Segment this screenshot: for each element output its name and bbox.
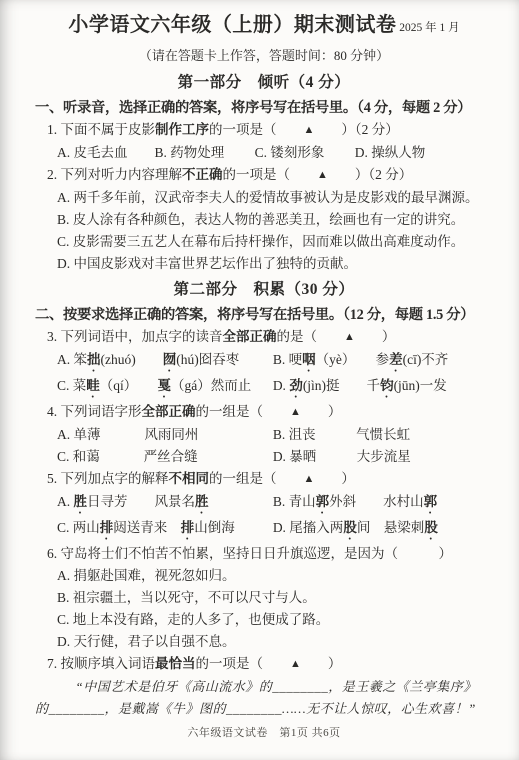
answer-marker-triangle: ▲ [304, 124, 315, 136]
question-6-option-b: B. 祖宗疆土，当以死守，不可以尺寸与人。 [35, 587, 493, 609]
question-3-options-row-1-col-2: B. 哽咽（yè） 参差(cī)不齐 [273, 349, 493, 375]
question-3-options-row-1: A. 笨拙(zhuó) 囫(hú)囵吞枣B. 哽咽（yè） 参差(cī)不齐 [35, 349, 493, 375]
exam-paper: 小学语文六年级（上册）期末测试卷 2025 年 1 月 （请在答题卡上作答，答题… [0, 0, 519, 760]
question-2-option-d: D. 中国皮影戏对丰富世界艺坛作出了独特的贡献。 [35, 253, 493, 275]
question-2: 2. 下列对听力内容理解不正确的一项是（ ▲ ）（2 分） [35, 164, 493, 187]
question-2-option-b: B. 皮人涂有各种颜色，表达人物的善恶美丑，绘画也有一定的讲究。 [35, 209, 493, 231]
paper-subtitle: （请在答题卡上作答，答题时间：80 分钟） [35, 46, 493, 66]
question-5-options-row-1-col-2: B. 青山郭外斜 水村山郭 [273, 491, 493, 517]
question-4-options-row-1-col-2: B. 沮丧 气惯长虹 [273, 424, 493, 446]
question-6-option-a: A. 捐躯赴国难，视死忽如归。 [35, 565, 493, 587]
question-7-quote-line-2: 的________，是戴嵩《牛》图的________……无不让人惊叹，心生欢喜！… [35, 698, 493, 720]
question-5-options-row-2: C. 两山排闼送青来 排山倒海D. 尾搐入两股间 悬梁刺股 [35, 517, 493, 543]
question-4-options-row-1-col-1: A. 单薄 风雨同州 [57, 424, 273, 446]
question-3-options-row-1-col-1: A. 笨拙(zhuó) 囫(hú)囵吞枣 [57, 349, 273, 375]
question-6-option-d: D. 天行健，君子以自强不息。 [35, 631, 493, 653]
question-5-options-row-2-col-2: D. 尾搐入两股间 悬梁刺股 [273, 517, 493, 543]
section-2-header: 第二部分 积累（30 分） [35, 279, 493, 301]
question-4-options-row-2-col-1: C. 和蔼 严丝合缝 [57, 446, 273, 468]
question-7-quote-line-1: “中国艺术是伯牙《高山流水》的________，是王羲之《兰亭集序》 [35, 676, 493, 698]
question-3-options-row-2-col-2: D. 劲(jìn)挺 千钧(jūn)一发 [273, 375, 493, 401]
question-5-options-row-1: A. 胜日寻芳 风景名胜B. 青山郭外斜 水村山郭 [35, 491, 493, 517]
page-footer: 六年级语文试卷 第1页 共6页 [35, 725, 493, 741]
exam-lines: 第一部分 倾听（4 分）一、听录音，选择正确的答案，将序号写在括号里。（4 分，… [35, 72, 493, 720]
section-1-header: 第一部分 倾听（4 分） [35, 72, 493, 94]
question-2-option-c: C. 皮影需要三五艺人在幕布后持杆操作，因而难以做出高难度动作。 [35, 231, 493, 253]
paper-title-text: 小学语文六年级（上册）期末测试卷 [68, 14, 396, 36]
question-4-options-row-1: A. 单薄 风雨同州B. 沮丧 气惯长虹 [35, 424, 493, 446]
question-4-options-row-2-col-2: D. 暴晒 大步流星 [273, 446, 493, 468]
answer-marker-triangle: ▲ [290, 658, 301, 670]
question-4: 4. 下列词语字形全部正确的一组是（ ▲ ） [35, 401, 493, 424]
answer-marker-triangle: ▲ [317, 169, 328, 181]
question-2-option-a: A. 两千多年前，汉武帝李夫人的爱情故事被认为是皮影戏的最早渊源。 [35, 187, 493, 209]
question-1-options: A. 皮毛去血 B. 药物处理 C. 镂刻形象 D. 操纵人物 [35, 142, 493, 164]
question-5-options-row-1-col-1: A. 胜日寻芳 风景名胜 [57, 491, 273, 517]
question-4-options-row-2: C. 和蔼 严丝合缝D. 暴晒 大步流星 [35, 446, 493, 468]
answer-marker-triangle: ▲ [290, 406, 301, 418]
paper-date: 2025 年 1 月 [396, 22, 459, 34]
question-7: 7. 按顺序填入词语最恰当的一项是（ ▲ ） [35, 653, 493, 676]
section-1-instructions: 一、听录音，选择正确的答案，将序号写在括号里。（4 分，每题 2 分） [35, 97, 493, 119]
question-6-option-c: C. 地上本没有路，走的人多了，也便成了路。 [35, 609, 493, 631]
question-6: 6. 守岛将士们不怕苦不怕累，坚持日日升旗巡逻，是因为（ ） [35, 543, 493, 565]
answer-marker-triangle: ▲ [344, 331, 355, 343]
question-3: 3. 下列词语中，加点字的读音全部正确的是（ ▲ ） [35, 326, 493, 349]
section-2-instructions: 二、按要求选择正确的答案，将序号写在括号里。（12 分，每题 1.5 分） [35, 304, 493, 326]
question-3-options-row-2: C. 菜畦（qí） 戛（gá）然而止D. 劲(jìn)挺 千钧(jūn)一发 [35, 375, 493, 401]
paper-title: 小学语文六年级（上册）期末测试卷 2025 年 1 月 [35, 13, 493, 40]
question-5: 5. 下列加点字的解释不相同的一组是（ ▲ ） [35, 468, 493, 491]
question-3-options-row-2-col-1: C. 菜畦（qí） 戛（gá）然而止 [57, 375, 273, 401]
question-1: 1. 下面不属于皮影制作工序的一项是（ ▲ ）（2 分） [35, 119, 493, 142]
question-5-options-row-2-col-1: C. 两山排闼送青来 排山倒海 [57, 517, 273, 543]
answer-marker-triangle: ▲ [304, 473, 315, 485]
